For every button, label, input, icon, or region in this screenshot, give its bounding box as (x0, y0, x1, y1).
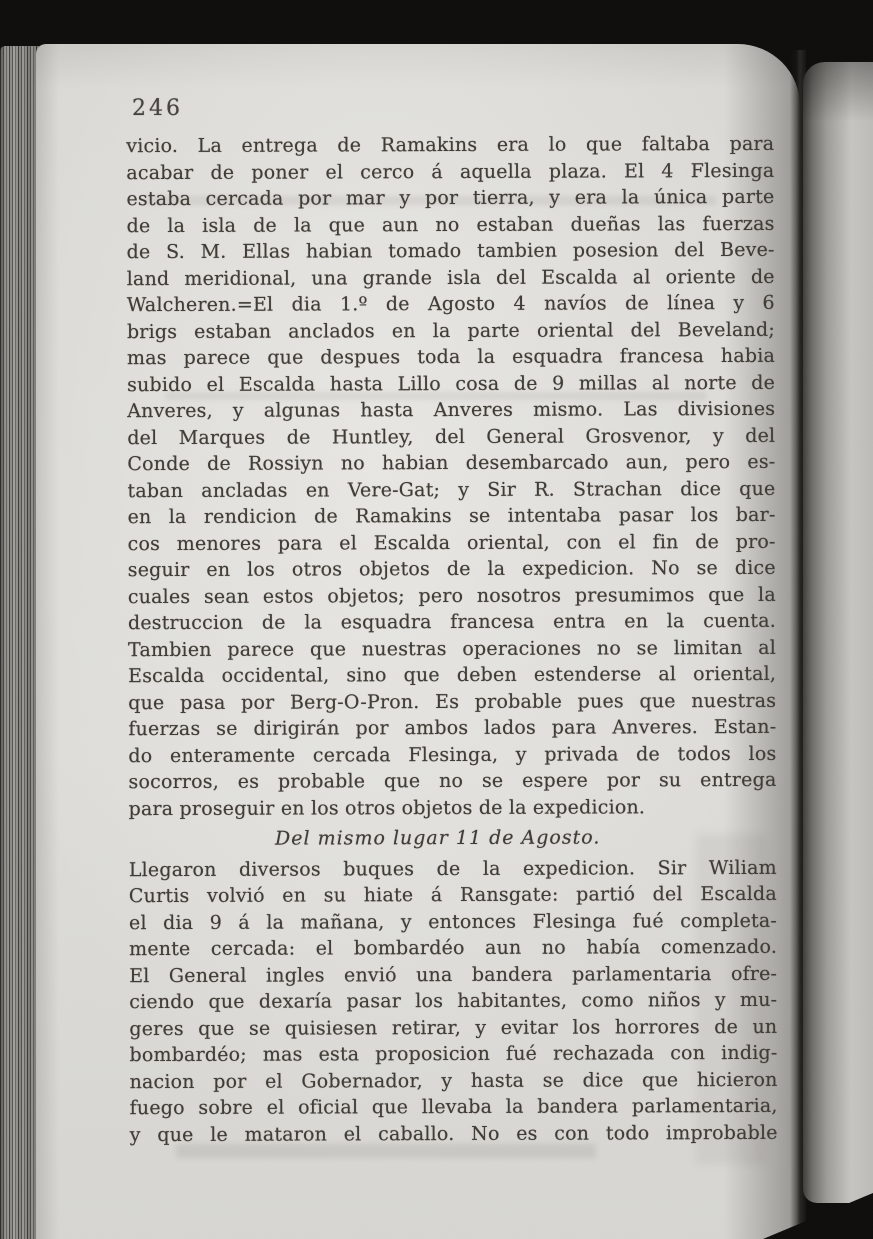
text-line: del Marques de Huntley, del General Gros… (127, 422, 775, 451)
text-line: ciendo que dexaría pasar los habitantes,… (129, 987, 777, 1016)
text-line: Anveres, y algunas hasta Anveres mismo. … (127, 396, 775, 425)
text-line: Walcheren.=El dia 1.º de Agosto 4 navíos… (127, 290, 775, 319)
text-line: de la isla de la que aun no estaban dueñ… (127, 210, 775, 239)
text-line: do enteramente cercada Flesinga, y priva… (128, 740, 776, 769)
text-line: de S. M. Ellas habian tomado tambien pos… (127, 237, 775, 266)
book-scan: 246 vicio. La entrega de Ramakins era lo… (0, 0, 873, 1239)
text-line: vicio. La entrega de Ramakins era lo que… (126, 131, 774, 160)
text-line: Tambien parece que nuestras operaciones … (128, 634, 776, 663)
text-line: cuales sean estos objetos; pero nosotros… (128, 581, 776, 610)
text-line: destruccion de la esquadra francesa entr… (128, 608, 776, 637)
facing-page-edge (803, 62, 873, 1203)
text-line: mente cercada: el bombardéo aun no había… (129, 934, 777, 963)
page-text: vicio. La entrega de Ramakins era lo que… (126, 131, 778, 1148)
text-line: acabar de poner el cerco á aquella plaza… (126, 157, 774, 186)
text-line: geres que se quisiesen retirar, y evitar… (129, 1013, 777, 1042)
page-number: 246 (132, 96, 183, 121)
text-line: que pasa por Berg-O-Pron. Es probable pu… (128, 687, 776, 716)
text-line: subido el Escalda hasta Lillo cosa de 9 … (127, 369, 775, 398)
text-line: taban ancladas en Vere-Gat; y Sir R. Str… (127, 475, 775, 504)
text-line: land meridional, una grande isla del Esc… (127, 263, 775, 292)
text-line: Curtis volvió en su hiate á Ransgate: pa… (129, 881, 777, 910)
paragraph-1: vicio. La entrega de Ramakins era lo que… (126, 131, 776, 822)
text-line: y que le mataron el caballo. No es con t… (130, 1119, 778, 1148)
text-line: Escalda occidental, sino que deben esten… (128, 661, 776, 690)
text-line: socorros, es probable que no se espere p… (128, 767, 776, 796)
text-line: mas parece que despues toda la esquadra … (127, 343, 775, 372)
text-line: fuego sobre el oficial que llevaba la ba… (130, 1093, 778, 1122)
text-line: el dia 9 á la mañana, y entonces Flesing… (129, 907, 777, 936)
text-line: nacion por el Gobernador, y hasta se dic… (129, 1066, 777, 1095)
book-page: 246 vicio. La entrega de Ramakins era lo… (36, 44, 800, 1239)
section-heading: Del mismo lugar 11 de Agosto. (129, 824, 747, 853)
text-line: cos menores para el Escalda oriental, co… (128, 528, 776, 557)
text-line: seguir en los otros objetos de la expedi… (128, 555, 776, 584)
text-line: El General ingles envió una bandera parl… (129, 960, 777, 989)
text-line: fuerzas se dirigirán por ambos lados par… (128, 714, 776, 743)
text-line: bombardéo; mas esta proposicion fué rech… (129, 1040, 777, 1069)
text-line: Llegaron diversos buques de la expedicio… (129, 854, 777, 883)
paragraph-2: Llegaron diversos buques de la expedicio… (129, 854, 778, 1148)
text-line: en la rendicion de Ramakins se intentaba… (128, 502, 776, 531)
text-line: estaba cercada por mar y por tierra, y e… (126, 184, 774, 213)
text-line: para proseguir en los otros objetos de l… (129, 793, 777, 822)
text-line: Conde de Rossiyn no habian desembarcado … (127, 449, 775, 478)
text-line: brigs estaban anclados en la parte orien… (127, 316, 775, 345)
